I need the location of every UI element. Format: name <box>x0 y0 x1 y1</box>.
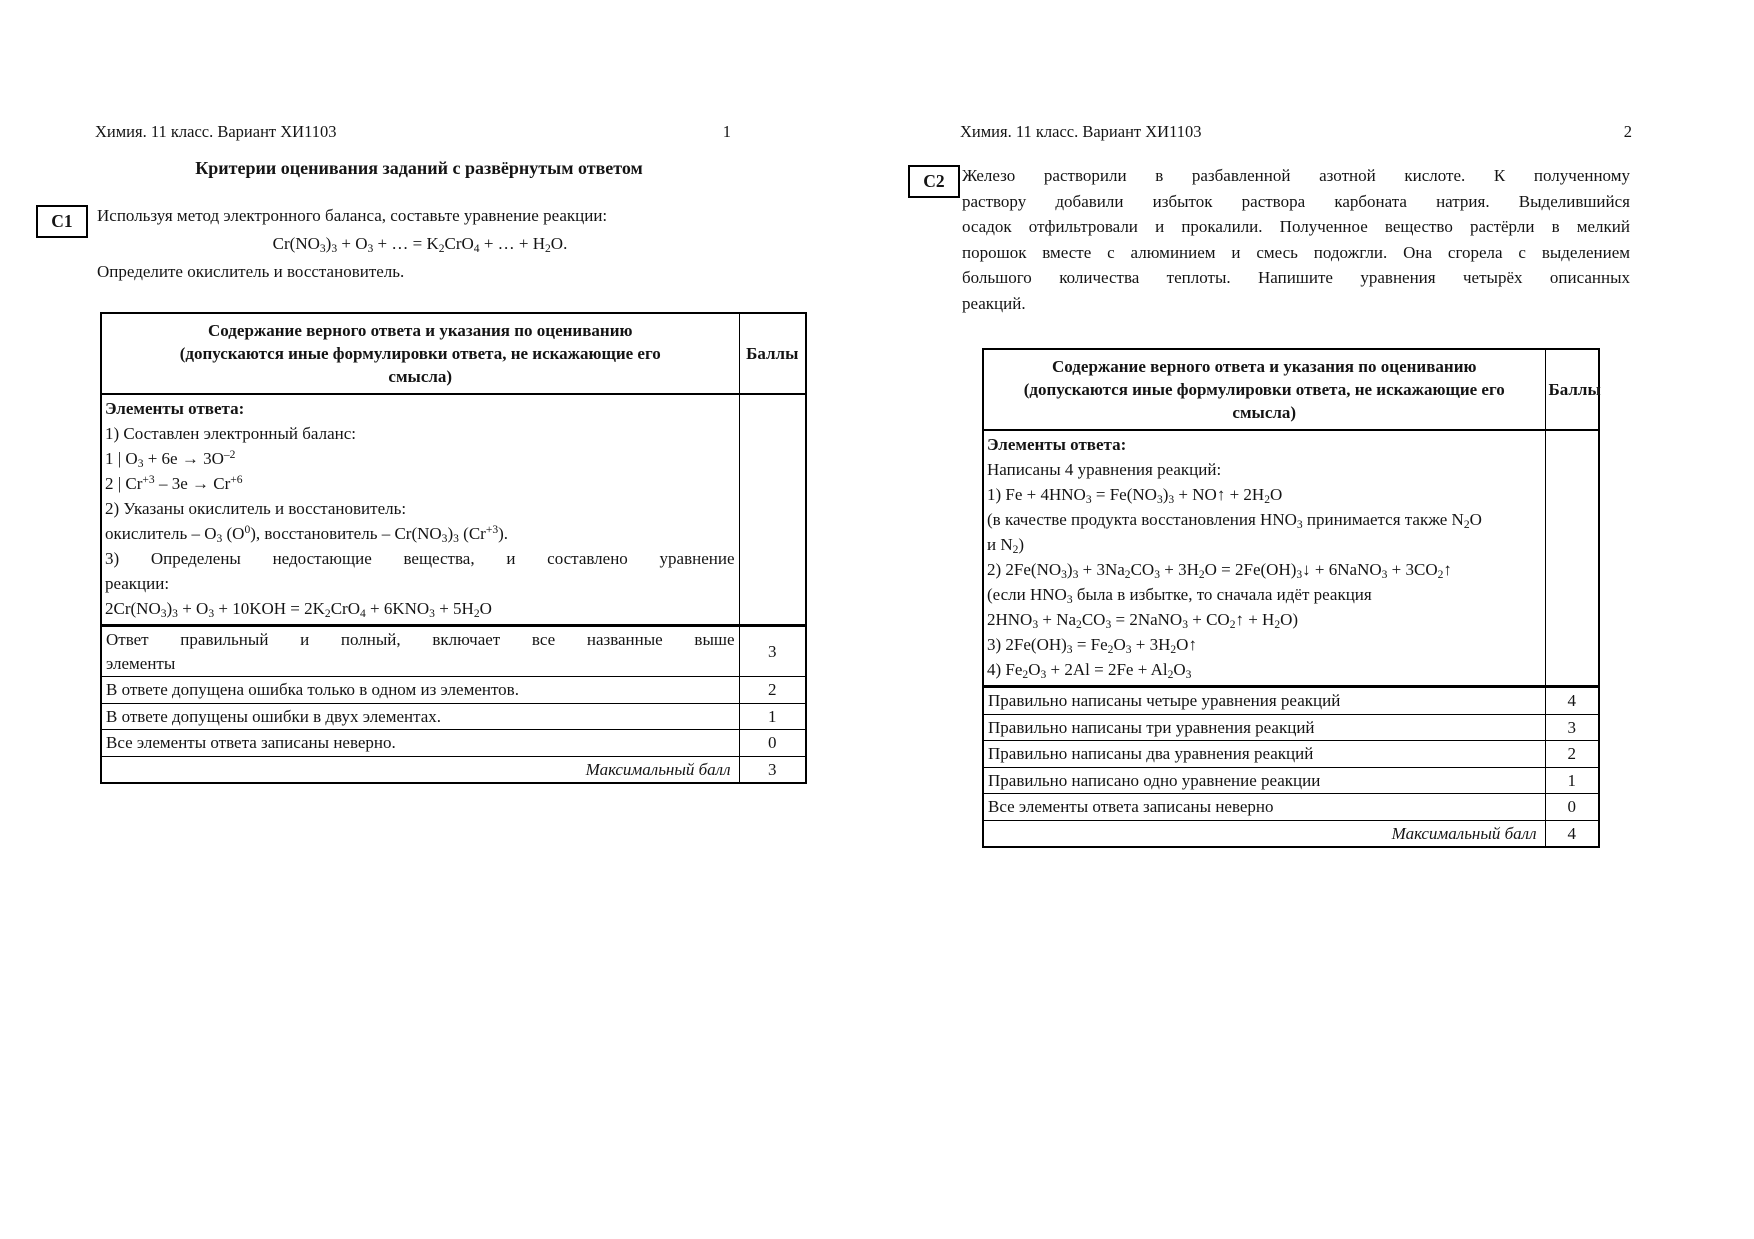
task-c2-text: Железо растворили в разбавленной азотной… <box>962 163 1630 316</box>
table-header-subtitle: (допускаются иные формулировки ответа, н… <box>987 378 1542 401</box>
criterion-text: В ответе допущена ошибка только в одном … <box>101 677 739 704</box>
answer-line: 3) Определены недостающие вещества, и со… <box>105 546 735 571</box>
answer-line: окислитель – O3 (O0), восстановитель – C… <box>105 521 735 546</box>
task-c2-line: раствору добавили избыток раствора карбо… <box>962 189 1630 215</box>
score-value: 1 <box>739 703 806 730</box>
task-c2-line: Железо растворили в разбавленной азотной… <box>962 163 1630 189</box>
score-row: Правильно написаны два уравнения реакций… <box>983 741 1599 768</box>
answer-line: 2HNO3 + Na2CO3 = 2NaNO3 + CO2↑ + H2O) <box>987 607 1541 632</box>
c2-answer-elements-cell: Элементы ответа: Написаны 4 уравнения ре… <box>983 430 1545 687</box>
criterion-line: Ответ правильный и полный, включает все … <box>106 628 735 652</box>
scanned-document: { "criteria_table_header": { "title": "С… <box>0 0 1754 1239</box>
task-c2-line: большого количества теплоты. Напишите ур… <box>962 265 1630 291</box>
c2-table-header-row: Содержание верного ответа и указания по … <box>983 349 1599 430</box>
task-c2-box: С2 <box>908 165 960 198</box>
c2-score-header-cell: Баллы <box>1545 349 1599 430</box>
criterion-text: Правильно написаны два уравнения реакций <box>983 741 1545 768</box>
score-row: Все элементы ответа записаны неверно. 0 <box>101 730 806 757</box>
answer-line: (если HNO3 была в избытке, то сначала ид… <box>987 582 1541 607</box>
score-value: 0 <box>739 730 806 757</box>
answer-line: Элементы ответа: <box>105 396 735 421</box>
c1-criteria-table: Содержание верного ответа и указания по … <box>100 312 807 784</box>
answer-line: 4) Fe2O3 + 2Al = 2Fe + Al2O3 <box>987 657 1541 682</box>
score-row: В ответе допущена ошибка только в одном … <box>101 677 806 704</box>
criterion-text: Все элементы ответа записаны неверно <box>983 794 1545 821</box>
answer-line: реакции: <box>105 571 735 596</box>
page2-running-title: Химия. 11 класс. Вариант ХИ1103 <box>960 122 1201 142</box>
score-value: 2 <box>739 677 806 704</box>
task-c1-text: Используя метод электронного баланса, со… <box>97 202 743 286</box>
answer-line: 2) 2Fe(NO3)3 + 3Na2CO3 + 3H2O = 2Fe(OH)3… <box>987 557 1541 582</box>
score-value: 2 <box>1545 741 1599 768</box>
page1-running-title: Химия. 11 класс. Вариант ХИ1103 <box>95 122 336 142</box>
max-score-row: Максимальный балл 3 <box>101 756 806 783</box>
max-score-value: 4 <box>1545 820 1599 847</box>
criterion-text: Правильно написано одно уравнение реакци… <box>983 767 1545 794</box>
table-header-title: Содержание верного ответа и указания по … <box>987 355 1542 378</box>
task-c2-id: С2 <box>923 171 944 192</box>
answer-line: Написаны 4 уравнения реакций: <box>987 457 1541 482</box>
c1-answer-elements-row: Элементы ответа: 1) Составлен электронны… <box>101 394 806 626</box>
c1-answer-elements-cell: Элементы ответа: 1) Составлен электронны… <box>101 394 739 626</box>
score-value: 4 <box>1545 687 1599 715</box>
score-row: Ответ правильный и полный, включает все … <box>101 626 806 677</box>
max-score-row: Максимальный балл 4 <box>983 820 1599 847</box>
task-c1-intro: Используя метод электронного баланса, со… <box>97 202 743 230</box>
task-c2-line: реакций. <box>962 291 1630 317</box>
table-header-subtitle: (допускаются иные формулировки ответа, н… <box>105 342 736 365</box>
criterion-text: Ответ правильный и полный, включает все … <box>101 626 739 677</box>
c2-content-header-cell: Содержание верного ответа и указания по … <box>983 349 1545 430</box>
max-score-label: Максимальный балл <box>983 820 1545 847</box>
answer-line: 2 | Cr+3 – 3e → Cr+6 <box>105 471 735 496</box>
table-header-subtitle: смысла) <box>105 365 736 388</box>
task-c1-id: С1 <box>51 211 72 232</box>
c1-answer-elements-score-cell <box>739 394 806 626</box>
criterion-text: Правильно написаны три уравнения реакций <box>983 714 1545 741</box>
score-row: В ответе допущены ошибки в двух элемента… <box>101 703 806 730</box>
answer-line: (в качестве продукта восстановления HNO3… <box>987 507 1541 532</box>
table-header-title: Содержание верного ответа и указания по … <box>105 319 736 342</box>
task-c1-outro: Определите окислитель и восстановитель. <box>97 258 743 286</box>
task-c2-line: осадок отфильтровали и прокалили. Получе… <box>962 214 1630 240</box>
c1-score-header-cell: Баллы <box>739 313 806 394</box>
score-value: 3 <box>739 626 806 677</box>
c2-answer-elements-score-cell <box>1545 430 1599 687</box>
answer-line: Элементы ответа: <box>987 432 1541 457</box>
criterion-line: элементы <box>106 652 735 676</box>
score-value: 1 <box>1545 767 1599 794</box>
task-c2-line: порошок вместе с алюминием и смесь подож… <box>962 240 1630 266</box>
c2-criteria-table: Содержание верного ответа и указания по … <box>982 348 1600 848</box>
max-score-label: Максимальный балл <box>101 756 739 783</box>
answer-line: 2Cr(NO3)3 + O3 + 10KOH = 2K2CrO4 + 6KNO3… <box>105 596 735 621</box>
c1-content-header-cell: Содержание верного ответа и указания по … <box>101 313 739 394</box>
answer-line: и N2) <box>987 532 1541 557</box>
score-value: 0 <box>1545 794 1599 821</box>
answer-line: 2) Указаны окислитель и восстановитель: <box>105 496 735 521</box>
answer-line: 1) Составлен электронный баланс: <box>105 421 735 446</box>
task-c1-box: С1 <box>36 205 88 238</box>
score-value: 3 <box>1545 714 1599 741</box>
page1-running-header: Химия. 11 класс. Вариант ХИ1103 1 <box>95 122 731 142</box>
task-c1-formula: Cr(NO3)3 + O3 + … = K2CrO4 + … + H2O. <box>97 230 743 258</box>
max-score-value: 3 <box>739 756 806 783</box>
score-row: Правильно написаны четыре уравнения реак… <box>983 687 1599 715</box>
answer-line: 1) Fe + 4HNO3 = Fe(NO3)3 + NO↑ + 2H2O <box>987 482 1541 507</box>
criteria-section-title: Критерии оценивания заданий с развёрнуты… <box>95 158 743 179</box>
score-row: Все элементы ответа записаны неверно 0 <box>983 794 1599 821</box>
page1-page-number: 1 <box>723 122 731 142</box>
score-row: Правильно написаны три уравнения реакций… <box>983 714 1599 741</box>
c2-answer-elements-row: Элементы ответа: Написаны 4 уравнения ре… <box>983 430 1599 687</box>
criterion-text: Правильно написаны четыре уравнения реак… <box>983 687 1545 715</box>
score-row: Правильно написано одно уравнение реакци… <box>983 767 1599 794</box>
page2-running-header: Химия. 11 класс. Вариант ХИ1103 2 <box>960 122 1632 142</box>
answer-line: 1 | O3 + 6e → 3O–2 <box>105 446 735 471</box>
table-header-subtitle: смысла) <box>987 401 1542 424</box>
criterion-text: Все элементы ответа записаны неверно. <box>101 730 739 757</box>
criterion-text: В ответе допущены ошибки в двух элемента… <box>101 703 739 730</box>
page2-page-number: 2 <box>1624 122 1632 142</box>
c1-table-header-row: Содержание верного ответа и указания по … <box>101 313 806 394</box>
answer-line: 3) 2Fe(OH)3 = Fe2O3 + 3H2O↑ <box>987 632 1541 657</box>
